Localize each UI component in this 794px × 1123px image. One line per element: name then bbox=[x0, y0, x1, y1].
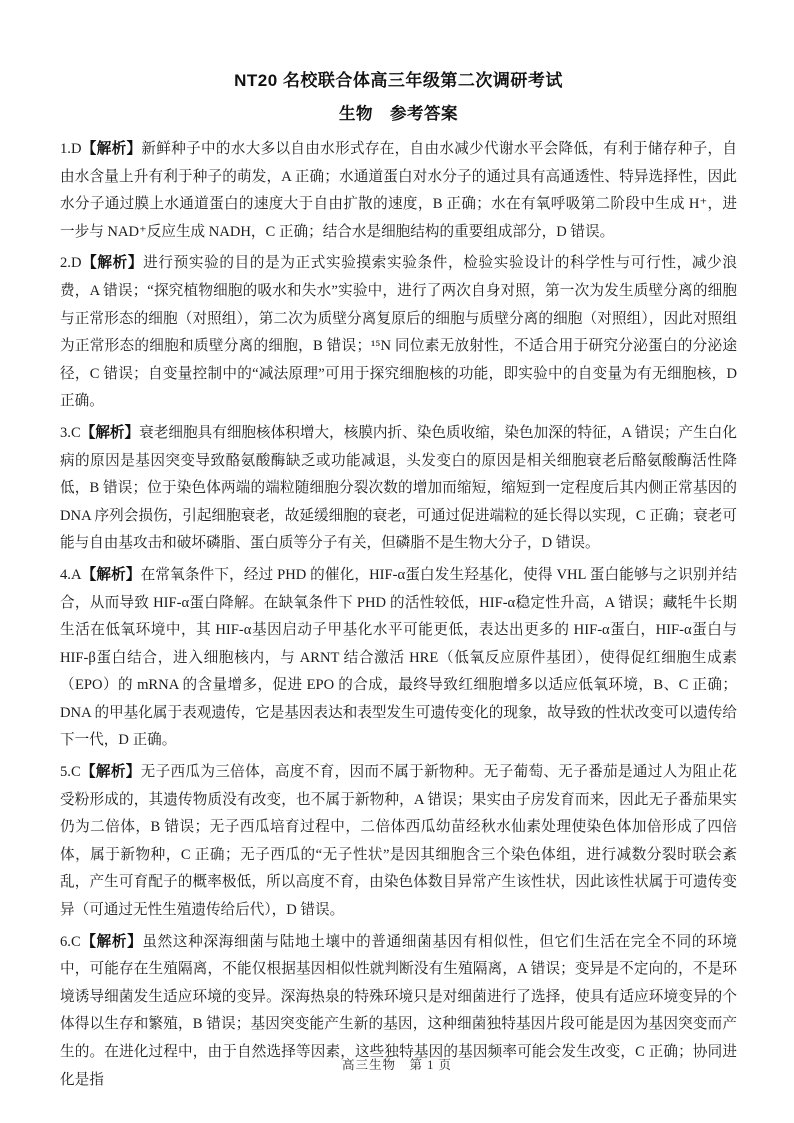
answer-text: 无子西瓜为三倍体，高度不育，因而不属于新物种。无子葡萄、无子番茄是通过人为阻止花… bbox=[60, 764, 737, 918]
answer-label: 1.D bbox=[60, 141, 82, 157]
answer-tag: 【解析】 bbox=[82, 255, 144, 271]
answer-tag: 【解析】 bbox=[82, 141, 142, 157]
answer-label: 2.D bbox=[60, 255, 82, 271]
answer-paragraph-3: 3.C【解析】衰老细胞具有细胞核体积增大，核膜内折、染色质收缩，染色加深的特征，… bbox=[60, 420, 737, 558]
answer-tag: 【解析】 bbox=[81, 425, 139, 441]
answer-text: 在常氧条件下，经过 PHD 的催化，HIF-α蛋白发生羟基化，使得 VHL 蛋白… bbox=[60, 567, 737, 749]
page-footer: 高三生物 第 1 页 bbox=[0, 1055, 794, 1073]
answer-label: 5.C bbox=[60, 764, 81, 780]
answer-text: 进行预实验的目的是为正式实验摸索实验条件，检验实验设计的科学性与可行性，减少浪费… bbox=[60, 255, 737, 409]
answer-text: 新鲜种子中的水大多以自由水形式存在，自由水减少代谢水平会降低，有利于储存种子，自… bbox=[60, 141, 737, 240]
document-page: NT20 名校联合体高三年级第二次调研考试 生物 参考答案 1.D【解析】新鲜种… bbox=[0, 0, 794, 1123]
answer-paragraph-5: 5.C【解析】无子西瓜为三倍体，高度不育，因而不属于新物种。无子葡萄、无子番茄是… bbox=[60, 759, 737, 925]
answer-paragraph-1: 1.D【解析】新鲜种子中的水大多以自由水形式存在，自由水减少代谢水平会降低，有利… bbox=[60, 136, 737, 246]
answer-label: 3.C bbox=[60, 425, 81, 441]
document-content: NT20 名校联合体高三年级第二次调研考试 生物 参考答案 1.D【解析】新鲜种… bbox=[0, 0, 794, 1094]
answer-label: 4.A bbox=[60, 567, 82, 583]
answer-tag: 【解析】 bbox=[81, 934, 143, 950]
answer-text: 衰老细胞具有细胞核体积增大，核膜内折、染色质收缩，染色加深的特征，A 错误；产生… bbox=[60, 425, 737, 551]
answer-paragraph-2: 2.D【解析】进行预实验的目的是为正式实验摸索实验条件，检验实验设计的科学性与可… bbox=[60, 250, 737, 416]
page-title: NT20 名校联合体高三年级第二次调研考试 bbox=[60, 66, 737, 91]
answer-tag: 【解析】 bbox=[82, 567, 141, 583]
answer-tag: 【解析】 bbox=[81, 764, 141, 780]
page-subtitle: 生物 参考答案 bbox=[60, 100, 737, 124]
answer-paragraph-4: 4.A【解析】在常氧条件下，经过 PHD 的催化，HIF-α蛋白发生羟基化，使得… bbox=[60, 562, 737, 755]
answer-label: 6.C bbox=[60, 934, 81, 950]
